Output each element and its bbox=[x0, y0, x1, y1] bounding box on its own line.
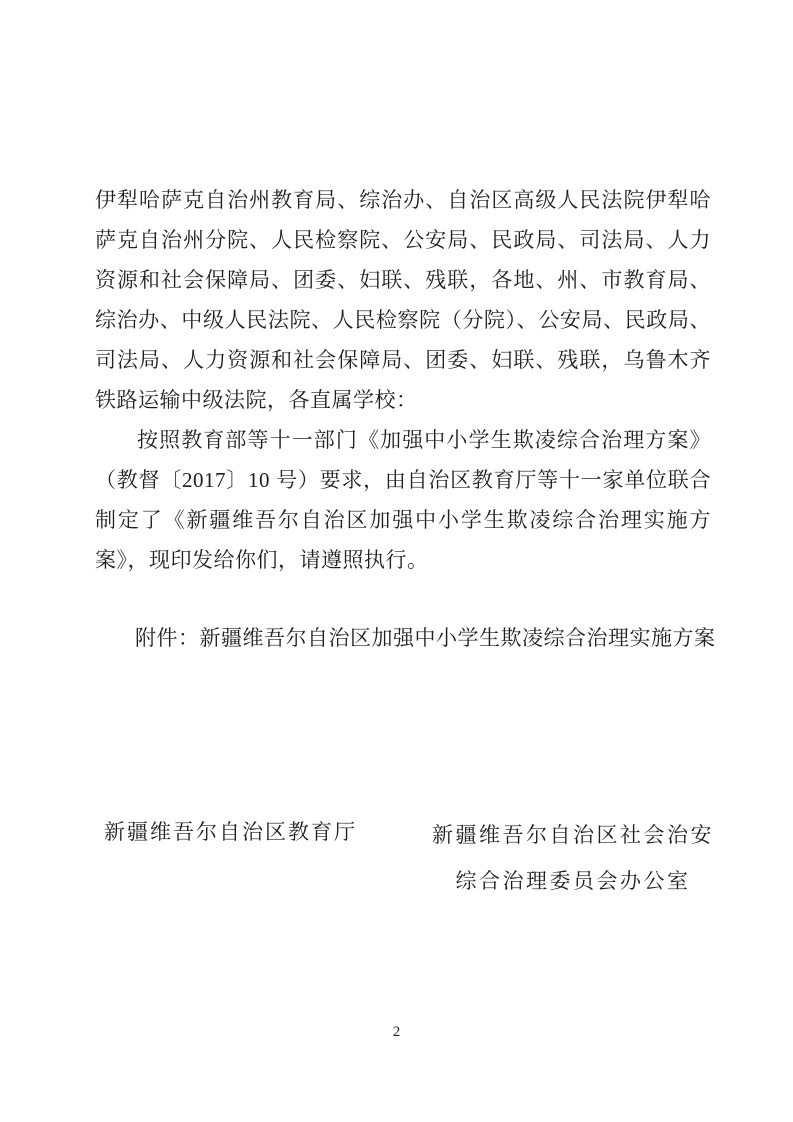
body-line: 制定了《新疆维吾尔自治区加强中小学生欺凌综合治理实施方 bbox=[95, 500, 711, 540]
body-line: 案》，现印发给你们，请遵照执行。 bbox=[95, 540, 711, 580]
page-number: 2 bbox=[0, 1022, 793, 1042]
signature-right-line2: 综合治理委员会办公室 bbox=[426, 858, 720, 904]
signature-right-org: 新疆维吾尔自治区社会治安 综合治理委员会办公室 bbox=[426, 812, 720, 904]
body-line: （教督〔2017〕10 号）要求，由自治区教育厅等十一家单位联合 bbox=[95, 460, 711, 500]
body-line: 资源和社会保障局、团委、妇联、残联，各地、州、市教育局、 bbox=[95, 260, 711, 300]
body-line: 按照教育部等十一部门《加强中小学生欺凌综合治理方案》 bbox=[95, 420, 711, 460]
document-body: 伊犁哈萨克自治州教育局、综治办、自治区高级人民法院伊犁哈 萨克自治州分院、人民检… bbox=[95, 180, 711, 580]
attachment-line: 附件：新疆维吾尔自治区加强中小学生欺凌综合治理实施方案 bbox=[95, 618, 745, 658]
document-page: 伊犁哈萨克自治州教育局、综治办、自治区高级人民法院伊犁哈 萨克自治州分院、人民检… bbox=[0, 0, 793, 1122]
body-line: 铁路运输中级法院，各直属学校： bbox=[95, 380, 711, 420]
signature-right-line1: 新疆维吾尔自治区社会治安 bbox=[426, 812, 720, 858]
paragraph-recipients: 伊犁哈萨克自治州教育局、综治办、自治区高级人民法院伊犁哈 萨克自治州分院、人民检… bbox=[95, 180, 711, 420]
body-line: 司法局、人力资源和社会保障局、团委、妇联、残联，乌鲁木齐 bbox=[95, 340, 711, 380]
body-line: 萨克自治州分院、人民检察院、公安局、民政局、司法局、人力 bbox=[95, 220, 711, 260]
body-line: 伊犁哈萨克自治州教育局、综治办、自治区高级人民法院伊犁哈 bbox=[95, 180, 711, 220]
paragraph-main: 按照教育部等十一部门《加强中小学生欺凌综合治理方案》 （教督〔2017〕10 号… bbox=[95, 420, 711, 580]
body-line: 综治办、中级人民法院、人民检察院（分院）、公安局、民政局、 bbox=[95, 300, 711, 340]
signature-left-org: 新疆维吾尔自治区教育厅 bbox=[104, 812, 357, 852]
